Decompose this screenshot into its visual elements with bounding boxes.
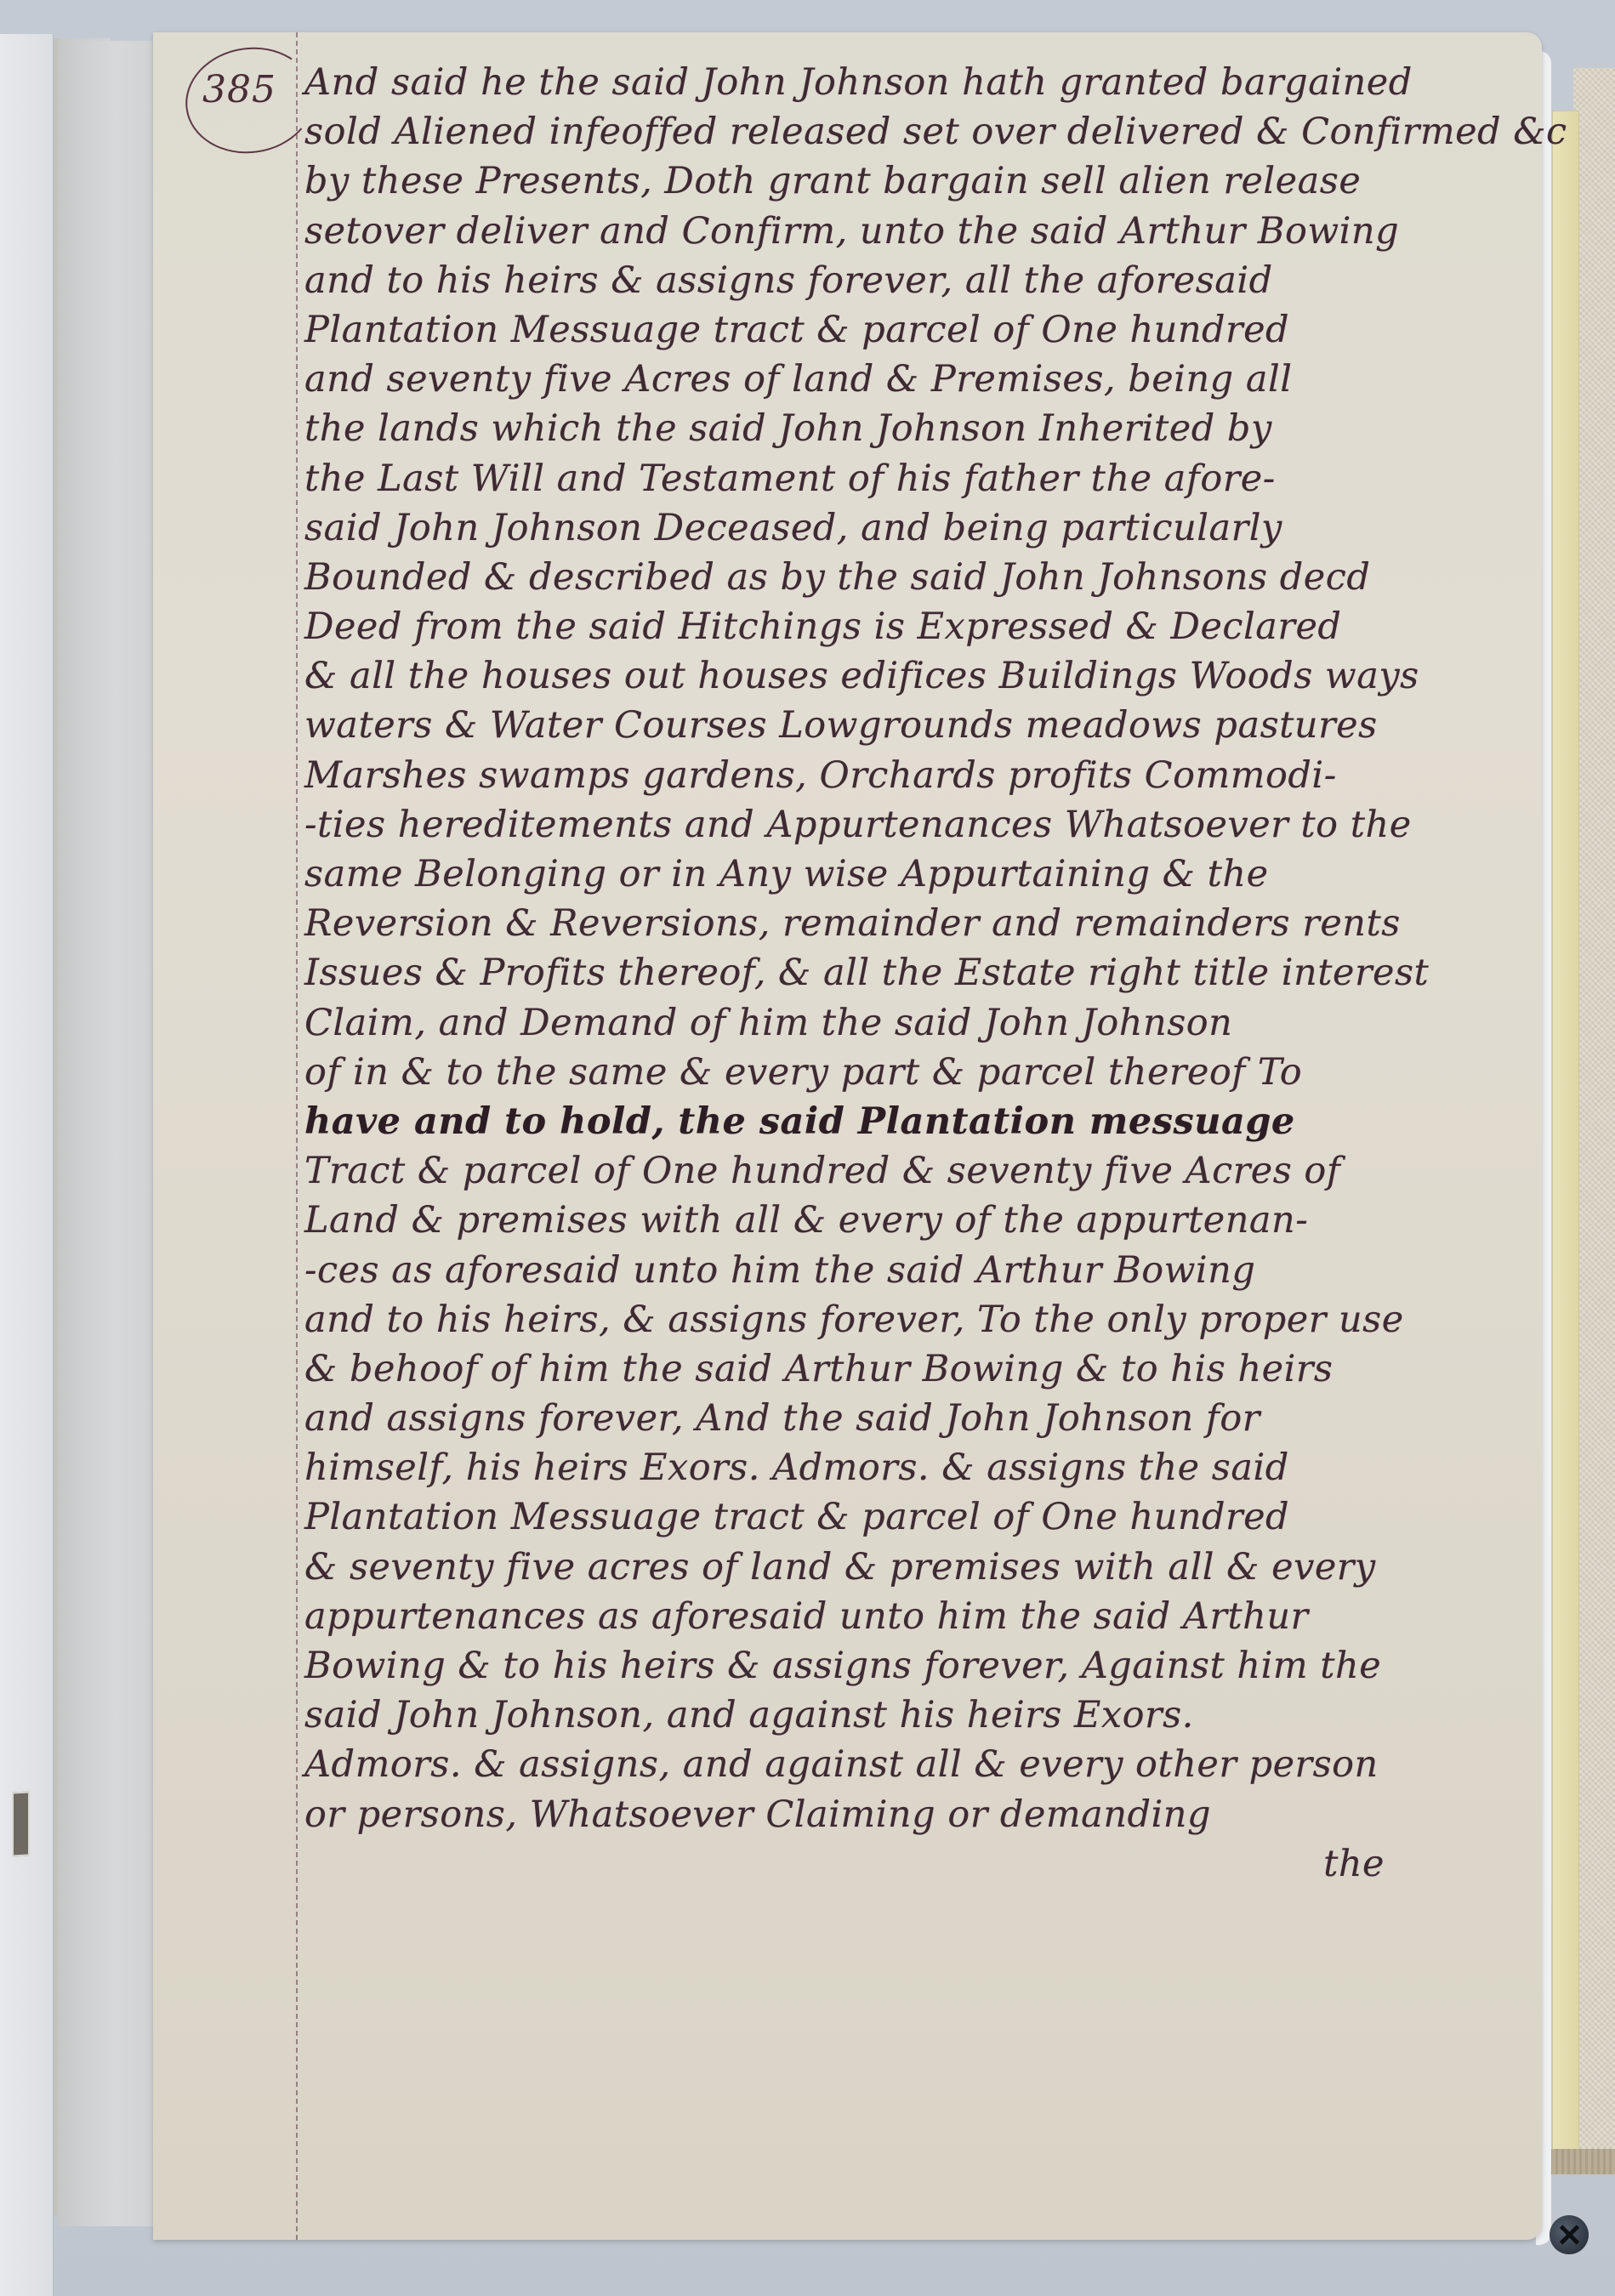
deed-text: And said he the said John Johnson hath g… bbox=[304, 58, 1521, 1889]
text-line: of in & to the same & every part & parce… bbox=[304, 1048, 1521, 1097]
text-line: and to his heirs, & assigns forever, To … bbox=[304, 1295, 1521, 1344]
cloth-binding bbox=[1573, 68, 1615, 2168]
text-line: appurtenances as aforesaid unto him the … bbox=[304, 1592, 1521, 1641]
book-inner-margin bbox=[58, 41, 153, 2226]
catchword: the bbox=[304, 1839, 1521, 1889]
text-line: And said he the said John Johnson hath g… bbox=[304, 58, 1521, 107]
text-line: waters & Water Courses Lowgrounds meadow… bbox=[304, 701, 1521, 750]
text-line: same Belonging or in Any wise Appurtaini… bbox=[304, 850, 1521, 899]
text-line-habendum: have and to hold, the said Plantation me… bbox=[304, 1097, 1521, 1146]
text-line: the lands which the said John Johnson In… bbox=[304, 404, 1521, 453]
text-line: Tract & parcel of One hundred & seventy … bbox=[304, 1146, 1521, 1196]
text-line: -ces as aforesaid unto him the said Arth… bbox=[304, 1246, 1521, 1295]
text-line: & all the houses out houses edifices Bui… bbox=[304, 651, 1521, 701]
text-line: Reversion & Reversions, remainder and re… bbox=[304, 899, 1521, 948]
text-line: said John Johnson, and against his heirs… bbox=[304, 1691, 1521, 1740]
text-line: & behoof of him the said Arthur Bowing &… bbox=[304, 1344, 1521, 1394]
text-line: Bowing & to his heirs & assigns forever,… bbox=[304, 1641, 1521, 1691]
text-line: or persons, Whatsoever Claiming or deman… bbox=[304, 1790, 1521, 1839]
text-line: Bounded & described as by the said John … bbox=[304, 553, 1521, 602]
text-line: the Last Will and Testament of his fathe… bbox=[304, 454, 1521, 503]
binding-slot bbox=[12, 1791, 30, 1856]
text-line: by these Presents, Doth grant bargain se… bbox=[304, 156, 1521, 206]
facing-page-edge bbox=[0, 34, 54, 2296]
screw-icon bbox=[1550, 2215, 1589, 2254]
text-line: Deed from the said Hitchings is Expresse… bbox=[304, 602, 1521, 651]
text-line: sold Aliened infeoffed released set over… bbox=[304, 107, 1521, 156]
text-line: Claim, and Demand of him the said John J… bbox=[304, 998, 1521, 1048]
text-line: Marshes swamps gardens, Orchards profits… bbox=[304, 751, 1521, 800]
text-line: Admors. & assigns, and against all & eve… bbox=[304, 1740, 1521, 1789]
text-line: Plantation Messuage tract & parcel of On… bbox=[304, 305, 1521, 355]
text-line: and to his heirs & assigns forever, all … bbox=[304, 256, 1521, 305]
folio-number: 385 bbox=[202, 68, 276, 111]
text-line: setover deliver and Confirm, unto the sa… bbox=[304, 207, 1521, 256]
text-line: & seventy five acres of land & premises … bbox=[304, 1543, 1521, 1592]
manuscript-page: 385 And said he the said John Johnson ha… bbox=[153, 32, 1542, 2240]
text-line: Issues & Profits thereof, & all the Esta… bbox=[304, 948, 1521, 997]
text-line: himself, his heirs Exors. Admors. & assi… bbox=[304, 1443, 1521, 1492]
text-line: -ties hereditements and Appurtenances Wh… bbox=[304, 800, 1521, 850]
text-line: and seventy five Acres of land & Premise… bbox=[304, 355, 1521, 404]
cream-guard-strip bbox=[1552, 111, 1579, 2153]
text-line: Plantation Messuage tract & parcel of On… bbox=[304, 1492, 1521, 1542]
margin-rule bbox=[296, 32, 298, 2240]
text-line: and assigns forever, And the said John J… bbox=[304, 1394, 1521, 1443]
text-line: said John Johnson Deceased, and being pa… bbox=[304, 503, 1521, 553]
text-line: Land & premises with all & every of the … bbox=[304, 1196, 1521, 1245]
